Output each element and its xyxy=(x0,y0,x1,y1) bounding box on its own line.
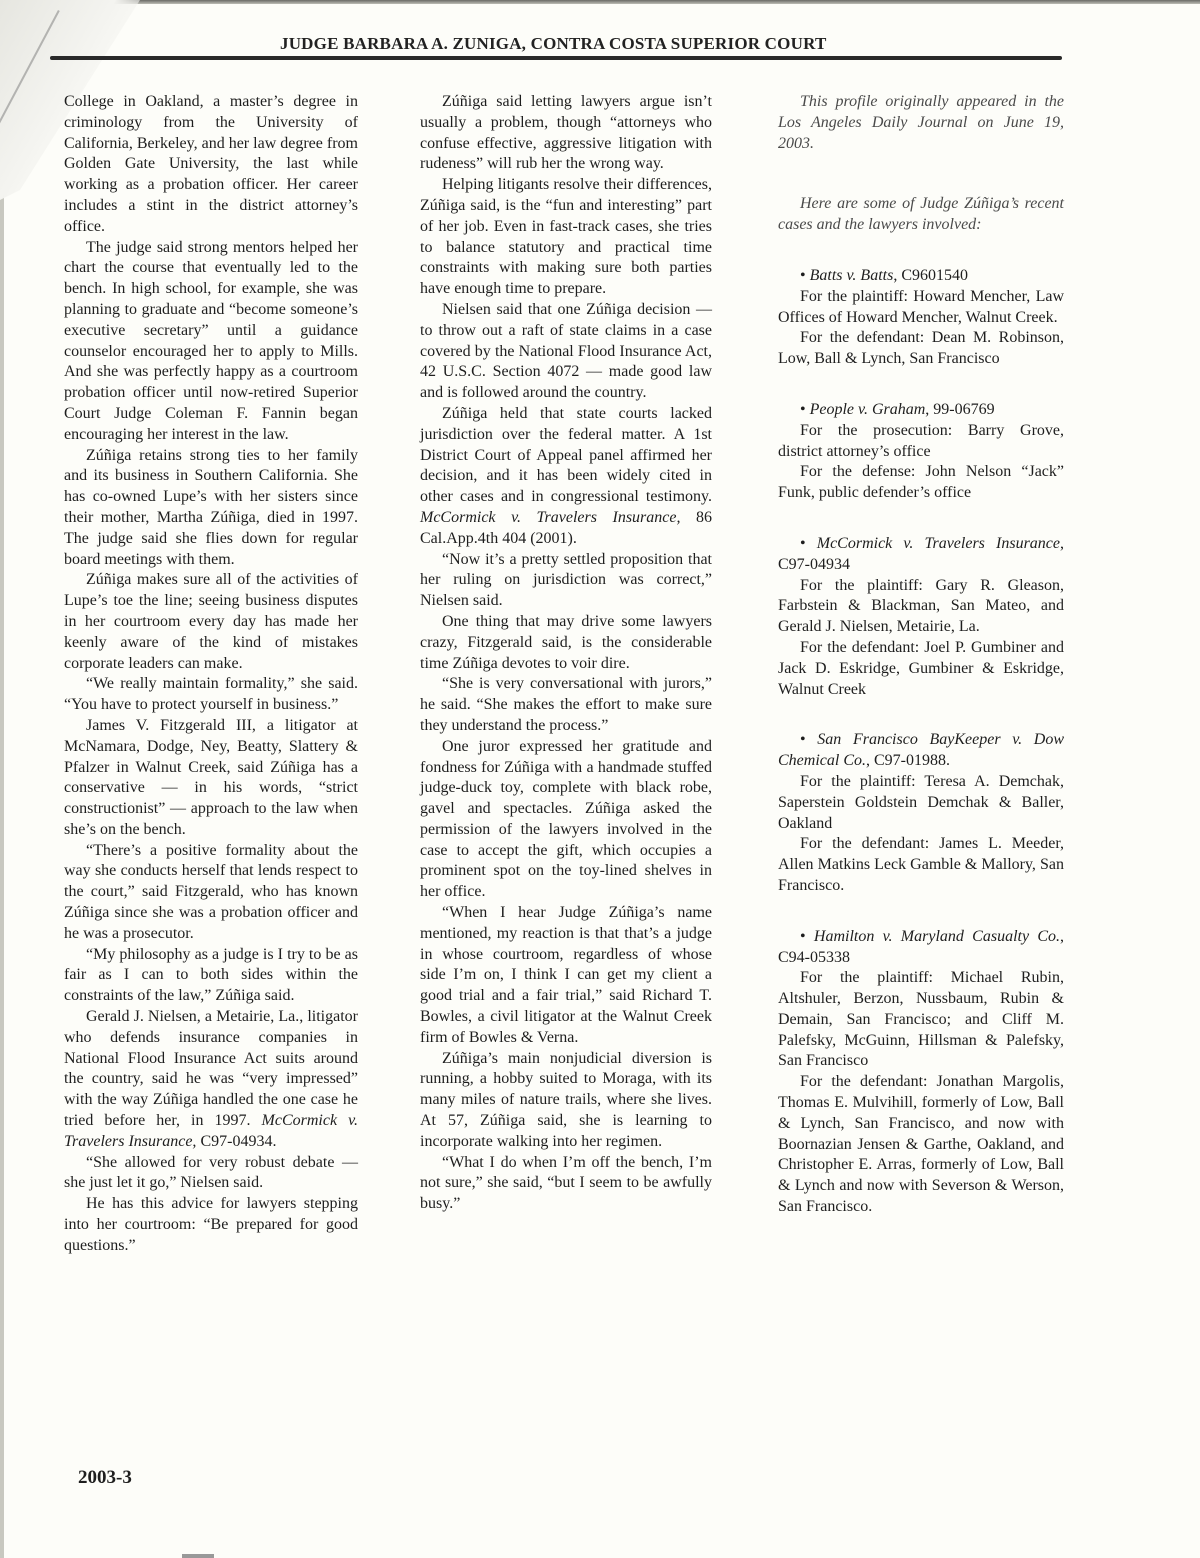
paragraph: “She allowed for very robust debate — sh… xyxy=(64,1153,358,1195)
paragraph: “Now it’s a pretty settled proposition t… xyxy=(420,550,712,612)
counsel-line: For the plaintiff: Michael Rubin, Altshu… xyxy=(778,968,1064,1072)
paragraph: Zúñiga makes sure all of the activities … xyxy=(64,570,358,674)
paragraph-text: Gerald J. Nielsen, a Metairie, La., liti… xyxy=(64,1008,358,1129)
article-column-3: This profile originally appeared in the … xyxy=(778,92,1064,1218)
counsel-line: For the prosecution: Barry Grove, distri… xyxy=(778,421,1064,463)
scan-left-edge xyxy=(0,0,4,1558)
case-number: , C9601540 xyxy=(893,267,968,284)
case-heading: • McCormick v. Travelers Insurance, C97-… xyxy=(778,534,1064,576)
paragraph: “She is very conversational with jurors,… xyxy=(420,674,712,736)
bullet-icon: • xyxy=(800,535,806,552)
paragraph: “There’s a positive formality about the … xyxy=(64,841,358,945)
case-heading: • Batts v. Batts, C9601540 xyxy=(778,266,1064,287)
paragraph: One juror expressed her gratitude and fo… xyxy=(420,737,712,903)
cases-intro: Here are some of Judge Zúñiga’s recent c… xyxy=(778,194,1064,236)
case-name: McCormick v. Travelers Insurance xyxy=(817,535,1060,552)
counsel-line: For the plaintiff: Gary R. Gleason, Farb… xyxy=(778,576,1064,638)
bullet-icon: • xyxy=(800,928,806,945)
bullet-icon: • xyxy=(800,731,806,748)
case-number: C97-04934. xyxy=(196,1133,276,1150)
counsel-line: For the defense: John Nelson “Jack” Funk… xyxy=(778,462,1064,504)
paragraph-with-citation: Gerald J. Nielsen, a Metairie, La., liti… xyxy=(64,1007,358,1153)
case-name: Hamilton v. Maryland Casualty Co. xyxy=(814,928,1060,945)
bullet-icon: • xyxy=(800,267,806,284)
case-citation: McCormick v. Travelers Insurance, xyxy=(420,509,680,526)
counsel-line: For the defendant: Jonathan Margolis, Th… xyxy=(778,1072,1064,1218)
scan-mark xyxy=(182,1554,214,1558)
counsel-line: For the defendant: Joel P. Gumbiner and … xyxy=(778,638,1064,700)
page-number: 2003-3 xyxy=(78,1467,132,1489)
article-column-1: College in Oakland, a master’s degree in… xyxy=(64,92,358,1257)
paragraph: “We really maintain formality,” she said… xyxy=(64,674,358,716)
origin-note: This profile originally appeared in the … xyxy=(778,92,1064,154)
header-rule xyxy=(50,56,1062,60)
paragraph: Zúñiga’s main nonjudicial diversion is r… xyxy=(420,1049,712,1153)
paragraph-with-citation: Zúñiga held that state courts lacked jur… xyxy=(420,404,712,550)
page-header-title: JUDGE BARBARA A. ZUNIGA, CONTRA COSTA SU… xyxy=(280,34,826,54)
counsel-line: For the plaintiff: Teresa A. Demchak, Sa… xyxy=(778,772,1064,834)
paragraph: Zúñiga retains strong ties to her family… xyxy=(64,446,358,571)
paragraph: He has this advice for lawyers stepping … xyxy=(64,1194,358,1256)
counsel-line: For the defendant: James L. Meeder, Alle… xyxy=(778,834,1064,896)
paragraph: “What I do when I’m off the bench, I’m n… xyxy=(420,1153,712,1215)
paragraph-text: Zúñiga held that state courts lacked jur… xyxy=(420,405,712,505)
paragraph: The judge said strong mentors helped her… xyxy=(64,238,358,446)
scan-top-edge xyxy=(0,0,1200,4)
cases-list: • Batts v. Batts, C9601540For the plaint… xyxy=(778,236,1064,1218)
case-heading: • Hamilton v. Maryland Casualty Co., C94… xyxy=(778,927,1064,969)
case-number: , 99-06769 xyxy=(925,401,994,418)
counsel-line: For the defendant: Dean M. Robinson, Low… xyxy=(778,328,1064,370)
paragraph: “My philosophy as a judge is I try to be… xyxy=(64,945,358,1007)
case-name: Batts v. Batts xyxy=(810,267,894,284)
case-number: , C97-01988. xyxy=(866,752,950,769)
paragraph: “When I hear Judge Zúñiga’s name mention… xyxy=(420,903,712,1049)
case-heading: • People v. Graham, 99-06769 xyxy=(778,400,1064,421)
article-column-2: Zúñiga said letting lawyers argue isn’t … xyxy=(420,92,712,1215)
paragraph: Nielsen said that one Zúñiga decision — … xyxy=(420,300,712,404)
case-heading: • San Francisco BayKeeper v. Dow Chemica… xyxy=(778,730,1064,772)
paragraph: Zúñiga said letting lawyers argue isn’t … xyxy=(420,92,712,175)
paragraph: One thing that may drive some lawyers cr… xyxy=(420,612,712,674)
counsel-line: For the plaintiff: Howard Mencher, Law O… xyxy=(778,287,1064,329)
paragraph: College in Oakland, a master’s degree in… xyxy=(64,92,358,238)
case-name: People v. Graham xyxy=(810,401,926,418)
paragraph: James V. Fitzgerald III, a litigator at … xyxy=(64,716,358,841)
bullet-icon: • xyxy=(800,401,806,418)
paragraph: Helping litigants resolve their differen… xyxy=(420,175,712,300)
